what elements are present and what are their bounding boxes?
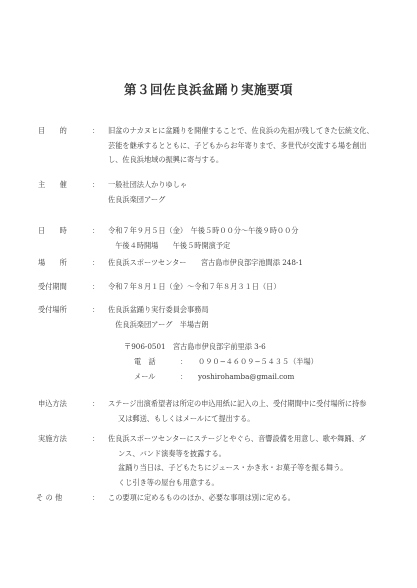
section-line: ステージ出演希望者は所定の申込用紙に記入の上、受付期間中に受付場所に持参	[108, 397, 408, 412]
section-line: くじ引き等の屋台も用意する。	[108, 476, 408, 491]
email-address: yoshirohamba@gmail.com	[198, 372, 294, 381]
section-line: 佐良浜スポーツセンターにステージとやぐら、音響設備を用意し、歌や舞踊、ダ	[108, 432, 408, 447]
colon: ：	[92, 124, 99, 139]
section-label: そ の 他	[36, 491, 94, 506]
section-line: 午後４時開場 午後５時開演予定	[108, 239, 408, 254]
colon: ：	[180, 355, 198, 370]
section-line: し、佐良浜地域の振興に寄与する。	[108, 153, 408, 168]
section-label: 実施方法	[38, 432, 96, 447]
section-line: 又は郵送、もしくはメールにて提出する。	[108, 412, 408, 427]
colon: ：	[92, 432, 99, 447]
email-label: メール	[134, 370, 180, 385]
section-line: 佐良浜楽団アーグ 半場吉朗	[108, 318, 408, 333]
contact-email-row: メール：yoshirohamba@gmail.com	[134, 370, 294, 385]
section-line: 佐良浜盆踊り実行委員会事務局	[108, 303, 408, 318]
colon: ：	[92, 491, 99, 506]
section-label: 主 催	[38, 178, 96, 193]
phone-label: 電 話	[134, 355, 180, 370]
section-line: 盆踊り当日は、子どもたちにジュース・かき氷・お菓子等を振る舞う。	[108, 461, 408, 476]
contact-phone-row: 電 話：０９０−４６０９−５４３５（半場）	[134, 355, 318, 370]
contact-address: 〒906-0501 宮古島市伊良部字前里添 3-6	[124, 340, 266, 355]
section-label: 申込方法	[38, 397, 96, 412]
phone-number: ０９０−４６０９−５４３５（半場）	[198, 357, 318, 366]
section-line: 佐良浜スポーツセンター 宮古島市伊良部字池間添 248-1	[108, 256, 408, 271]
section-line: 令和７年９月５日（金） 午後５時００分〜午後９時００分	[108, 224, 408, 239]
colon: ：	[92, 256, 99, 271]
document-title: 第３回佐良浜盆踊り実施要項	[0, 80, 417, 98]
section-label: 受付期間	[38, 280, 96, 295]
colon: ：	[92, 397, 99, 412]
section-label: 場 所	[38, 256, 96, 271]
colon: ：	[92, 280, 99, 295]
section-label: 目 的	[38, 124, 96, 139]
section-line: ンス、バンド演奏等を披露する。	[108, 447, 408, 462]
section-label: 日 時	[38, 224, 96, 239]
section-label: 受付場所	[38, 303, 96, 318]
section-line: 令和７年８月１日（金）〜令和７年８月３１日（日）	[108, 280, 408, 295]
colon: ：	[180, 370, 198, 385]
colon: ：	[92, 178, 99, 193]
section-line: 一般社団法人かりゆしゃ	[108, 178, 408, 193]
colon: ：	[92, 224, 99, 239]
section-line: この要項に定めるもののほか、必要な事項は別に定める。	[108, 491, 408, 506]
section-line: 佐良浜楽団アーグ	[108, 193, 408, 208]
section-line: 芸能を継承するとともに、子どもからお年寄りまで、多世代が交流する場を創出	[108, 139, 408, 154]
section-line: 旧盆のナカヌヒに盆踊りを開催することで、佐良浜の先祖が残してきた伝統文化、	[108, 124, 408, 139]
colon: ：	[92, 303, 99, 318]
